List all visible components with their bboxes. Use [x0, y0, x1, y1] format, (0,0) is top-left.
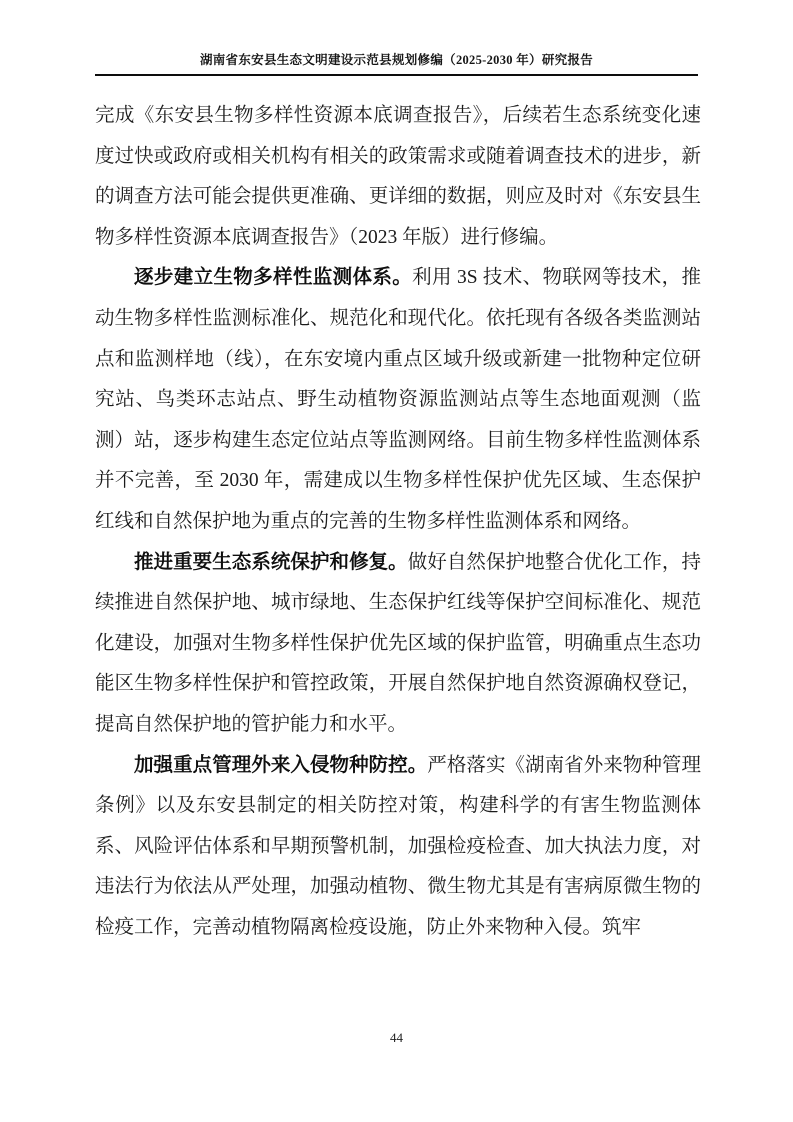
paragraph-lead: 加强重点管理外来入侵物种防控。 — [134, 755, 427, 776]
paragraph-lead: 推进重要生态系统保护和修复。 — [134, 552, 408, 573]
paragraph-text: 严格落实《湖南省外来物种管理条例》以及东安县制定的相关防控对策，构建科学的有害生… — [95, 755, 701, 938]
header-title: 湖南省东安县生态文明建设示范县规划修编（2025-2030 年）研究报告 — [95, 50, 698, 68]
paragraph-text: 做好自然保护地整合优化工作，持续推进自然保护地、城市绿地、生态保护红线等保护空间… — [95, 552, 701, 735]
header-rule — [95, 74, 698, 76]
paragraph-text: 利用 3S 技术、物联网等技术，推动生物多样性监测标准化、规范化和现代化。依托现… — [95, 267, 701, 532]
document-body: 完成《东安县生物多样性资源本底调查报告》，后续若生态系统变化速度过快或政府或相关… — [95, 96, 701, 948]
body-paragraph: 推进重要生态系统保护和修复。做好自然保护地整合优化工作，持续推进自然保护地、城市… — [95, 543, 701, 746]
body-paragraph: 逐步建立生物多样性监测体系。利用 3S 技术、物联网等技术，推动生物多样性监测标… — [95, 258, 701, 542]
body-paragraph: 加强重点管理外来入侵物种防控。严格落实《湖南省外来物种管理条例》以及东安县制定的… — [95, 746, 701, 949]
page-number: 44 — [0, 1030, 793, 1046]
paragraph-lead: 逐步建立生物多样性监测体系。 — [134, 267, 412, 288]
document-page: 湖南省东安县生态文明建设示范县规划修编（2025-2030 年）研究报告 完成《… — [0, 0, 793, 1122]
page-header: 湖南省东安县生态文明建设示范县规划修编（2025-2030 年）研究报告 — [95, 0, 698, 76]
body-paragraph: 完成《东安县生物多样性资源本底调查报告》，后续若生态系统变化速度过快或政府或相关… — [95, 96, 701, 258]
paragraph-text: 完成《东安县生物多样性资源本底调查报告》，后续若生态系统变化速度过快或政府或相关… — [95, 105, 701, 248]
